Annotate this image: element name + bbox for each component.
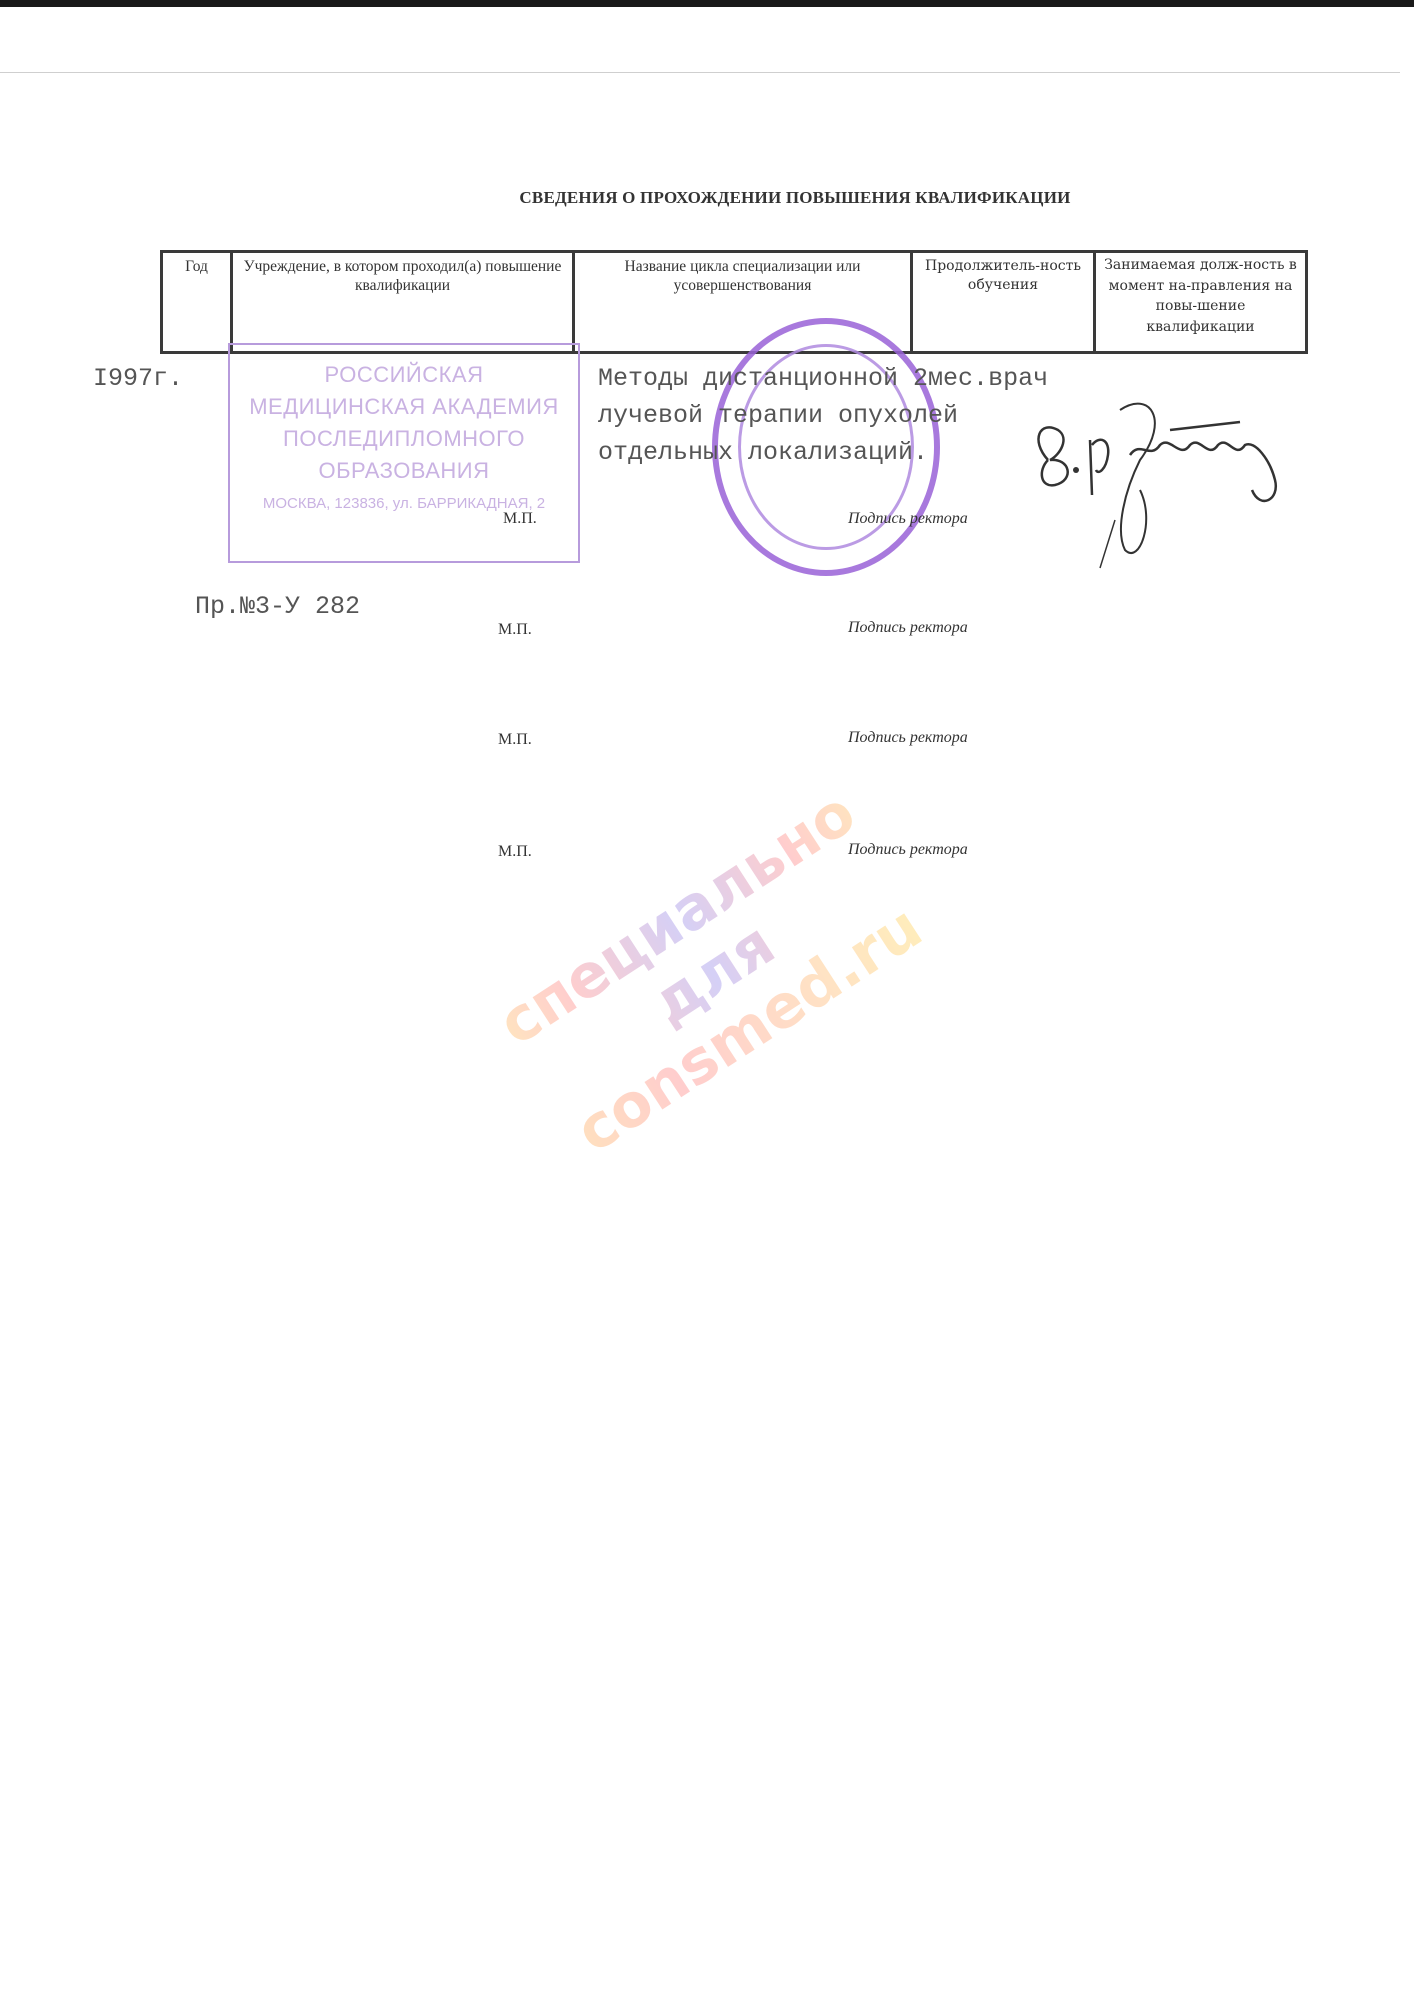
seal-place-label: М.П. <box>498 731 532 749</box>
seal-place-label: М.П. <box>503 510 537 528</box>
scan-edge <box>0 0 1414 7</box>
stamp-line: РОССИЙСКАЯ <box>230 359 578 391</box>
stamp-line: МЕДИЦИНСКАЯ АКАДЕМИЯ <box>230 391 578 423</box>
stamp-line: ОБРАЗОВАНИЯ <box>230 455 578 487</box>
header-year: Год <box>163 253 233 351</box>
stamp-line: ПОСЛЕДИПЛОМНОГО <box>230 423 578 455</box>
rector-signature-icon <box>1030 400 1290 570</box>
document-title: СВЕДЕНИЯ О ПРОХОЖДЕНИИ ПОВЫШЕНИЯ КВАЛИФИ… <box>0 188 1414 208</box>
header-position: Занимаемая долж-ность в момент на-правле… <box>1096 253 1305 351</box>
order-number: Пр.№3-У 282 <box>195 588 360 625</box>
rector-signature-label: Подпись ректора <box>848 619 968 637</box>
seal-place-label: М.П. <box>498 621 532 639</box>
entry-cycle: Методы дистанционной 2мес.врачлучевой те… <box>598 360 1048 471</box>
seal-place-label: М.П. <box>498 843 532 861</box>
header-institution: Учреждение, в котором проходил(а) повыше… <box>233 253 575 351</box>
rector-signature-label: Подпись ректора <box>848 510 968 528</box>
entry-year: I997г. <box>93 360 183 397</box>
cycle-line: лучевой терапии опухолей <box>598 397 1048 434</box>
site-watermark: специально для consmed.ru <box>441 749 1019 1250</box>
scan-fold-line <box>0 72 1400 73</box>
cycle-line: отдельных локализаций. <box>598 434 1048 471</box>
header-duration: Продолжитель-ность обучения <box>913 253 1096 351</box>
cycle-line: Методы дистанционной 2мес.врач <box>598 360 1048 397</box>
rector-signature-label: Подпись ректора <box>848 729 968 747</box>
institution-stamp: РОССИЙСКАЯ МЕДИЦИНСКАЯ АКАДЕМИЯ ПОСЛЕДИП… <box>228 343 580 563</box>
qualification-table-header: Год Учреждение, в котором проходил(а) по… <box>160 250 1308 354</box>
